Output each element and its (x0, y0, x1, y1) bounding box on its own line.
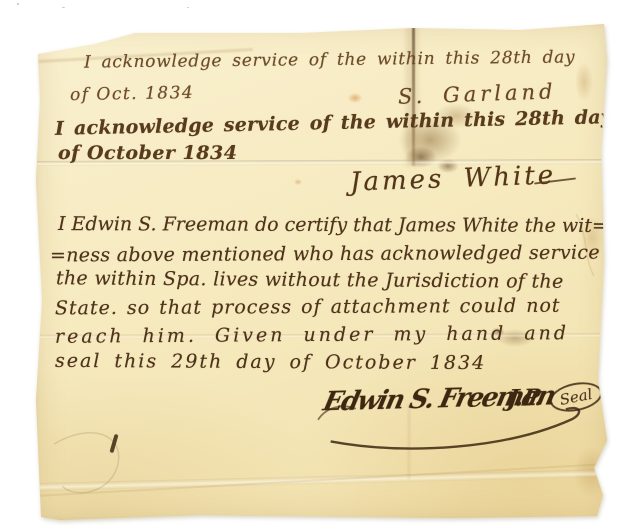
certification-line5: reach him. Given under my hand and (55, 322, 569, 348)
acknowledgment-first-line2: of Oct. 1834 (70, 83, 195, 105)
paper-sheet: I acknowledge service of the within this… (36, 24, 608, 520)
certification-line1: I Edwin S. Freeman do certify that James… (58, 213, 608, 237)
certification-line2: =ness above mentioned who has acknowledg… (50, 241, 625, 266)
officer-signature-title: J.P. (506, 384, 545, 412)
certification-line3: the within Spa. lives without the Jurisd… (56, 267, 564, 293)
scanned-document: I acknowledge service of the within this… (0, 0, 640, 532)
certification-line4: State. so that process of attachment cou… (55, 295, 561, 320)
paper-wrapper: I acknowledge service of the within this… (36, 24, 608, 520)
officer-signature-block: Edwin S. Freeman J.P. Seal (315, 372, 609, 458)
dust-speck (17, 3, 19, 5)
acknowledgment-second-line2: of October 1834 (58, 142, 237, 164)
dust-speck (62, 7, 65, 8)
certification-line6: seal this 29th day of October 1834 (55, 350, 486, 374)
dust-speck (187, 7, 189, 8)
